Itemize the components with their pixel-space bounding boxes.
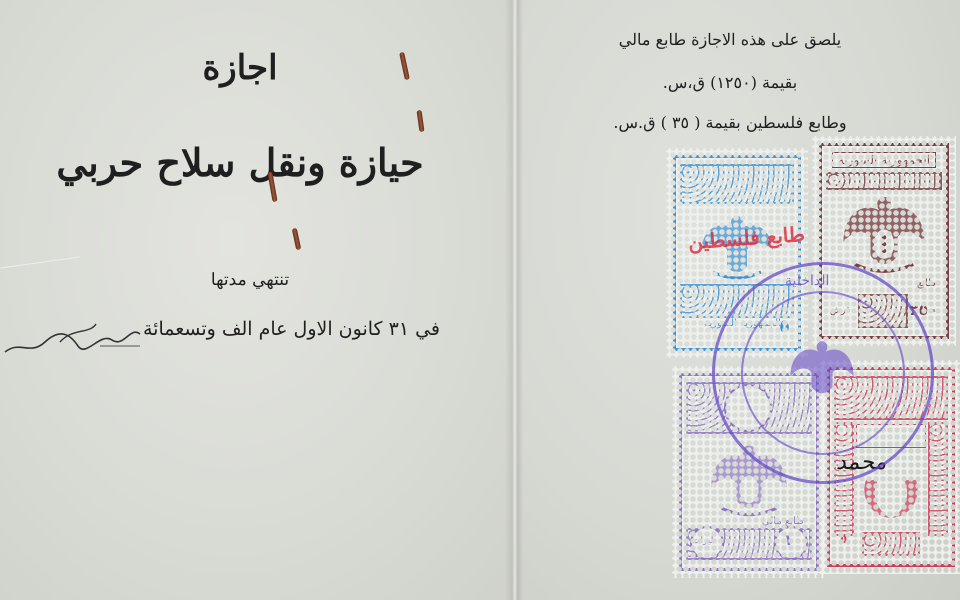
stamp-ornament	[862, 532, 920, 556]
stamp-label: طابع مالي	[762, 516, 804, 527]
expiry-date: في ٣١ كانون الاول عام الف وتسعمائة	[120, 318, 440, 340]
licence-subtitle: حيازة ونقل سلاح حربي	[40, 140, 440, 185]
stamp-value: ٥	[840, 532, 847, 546]
ministry-seal: الداخلية	[712, 262, 934, 484]
paper-crease	[0, 256, 79, 268]
booklet-spine	[505, 0, 523, 600]
stamp-unit: ليرات	[692, 536, 713, 546]
stamp-value: ١٠	[784, 531, 802, 549]
eagle-emblem-icon	[839, 192, 929, 276]
stamp-ornament	[826, 172, 942, 190]
stamp-label: طابع	[917, 278, 936, 289]
instruction-line-2: بقيمة (١٢٥٠) ق،س.	[565, 73, 895, 92]
stamp-ornament	[680, 164, 794, 204]
handwritten-year-signature: خمسة وخمسين	[0, 312, 150, 362]
instruction-line-3: وطابع فلسطين بقيمة ( ٣٥ ) ق.س.	[565, 113, 895, 132]
instruction-line-1: يلصق على هذه الاجازة طابع مالي	[565, 30, 895, 49]
stamp-ornament	[928, 422, 948, 536]
licence-title: اجازة	[150, 48, 330, 88]
expiry-label: تنتهي مدتها	[170, 270, 330, 290]
seal-eagle-icon	[787, 335, 857, 405]
seal-text: الداخلية	[785, 273, 829, 289]
stamp-country: الجمهورية السورية	[832, 152, 936, 168]
left-page: اجازة حيازة ونقل سلاح حربي تنتهي مدتها ف…	[0, 0, 515, 600]
